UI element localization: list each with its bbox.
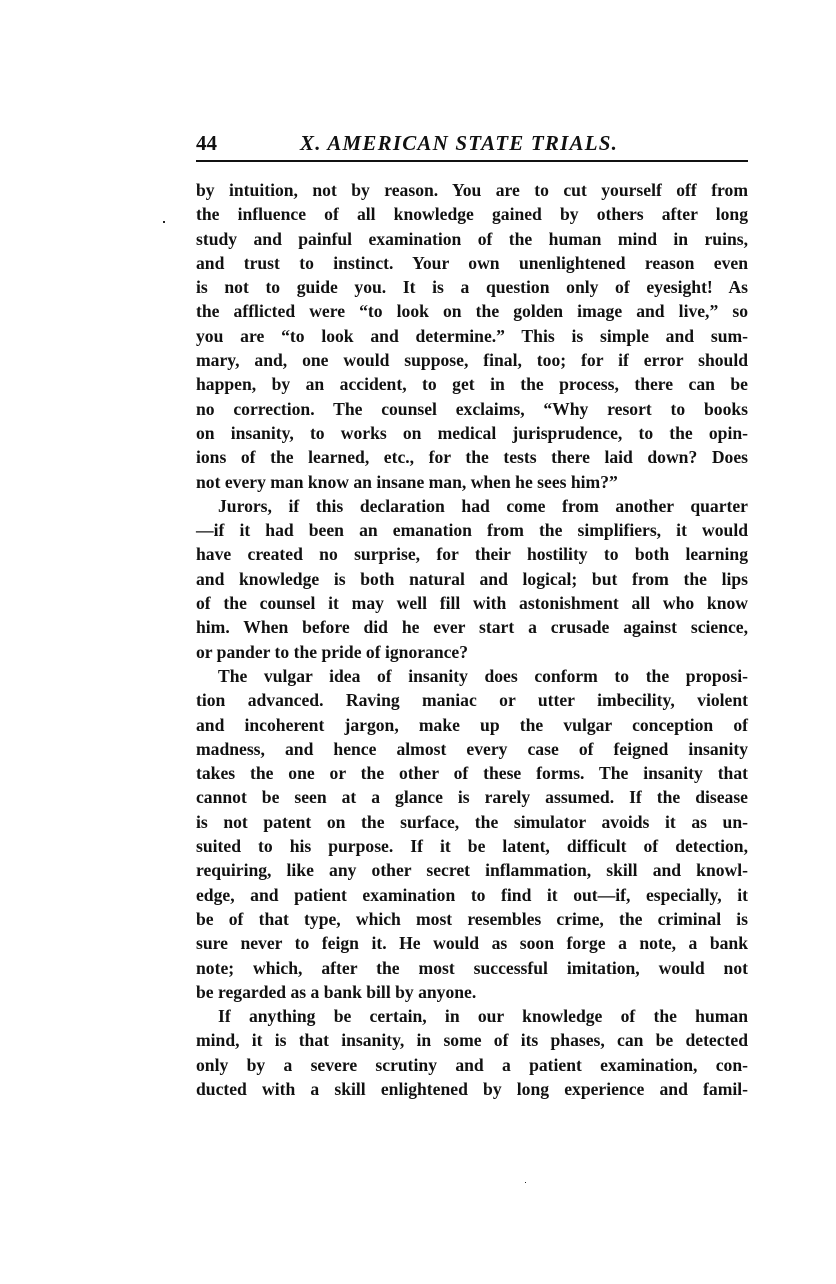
text-line: and trust to instinct. Your own unenligh… (196, 251, 748, 275)
running-title: X. AMERICAN STATE TRIALS. (300, 128, 618, 158)
text-line: and knowledge is both natural and logica… (196, 567, 748, 591)
text-line: sure never to feign it. He would as soon… (196, 931, 748, 955)
text-line: The vulgar idea of insanity does conform… (196, 664, 748, 688)
scan-speck (525, 1182, 526, 1183)
text-line: mind, it is that insanity, in some of it… (196, 1028, 748, 1052)
text-line: is not patent on the surface, the simula… (196, 810, 748, 834)
text-line: no correction. The counsel exclaims, “Wh… (196, 397, 748, 421)
text-line: the afflicted were “to look on the golde… (196, 299, 748, 323)
text-line: madness, and hence almost every case of … (196, 737, 748, 761)
scan-speck (163, 221, 165, 223)
text-line: happen, by an accident, to get in the pr… (196, 372, 748, 396)
header-rule (196, 160, 748, 162)
text-line: be of that type, which most resembles cr… (196, 907, 748, 931)
text-line: have created no surprise, for their host… (196, 542, 748, 566)
text-line: you are “to look and determine.” This is… (196, 324, 748, 348)
running-head: 44 X. AMERICAN STATE TRIALS. (196, 128, 748, 158)
text-line: If anything be certain, in our knowledge… (196, 1004, 748, 1028)
text-line: requiring, like any other secret inflamm… (196, 858, 748, 882)
text-line: suited to his purpose. If it be latent, … (196, 834, 748, 858)
text-line: study and painful examination of the hum… (196, 227, 748, 251)
book-page: 44 X. AMERICAN STATE TRIALS. by intuitio… (0, 0, 836, 1284)
text-line: takes the one or the other of these form… (196, 761, 748, 785)
text-line: ions of the learned, etc., for the tests… (196, 445, 748, 469)
text-line: edge, and patient examination to find it… (196, 883, 748, 907)
text-line: on insanity, to works on medical jurispr… (196, 421, 748, 445)
text-line: —if it had been an emanation from the si… (196, 518, 748, 542)
page-number: 44 (196, 128, 217, 158)
body-text: by intuition, not by reason. You are to … (196, 178, 748, 1101)
text-line: be regarded as a bank bill by anyone. (196, 980, 748, 1004)
text-line: and incoherent jargon, make up the vulga… (196, 713, 748, 737)
text-line: by intuition, not by reason. You are to … (196, 178, 748, 202)
text-line: ducted with a skill enlightened by long … (196, 1077, 748, 1101)
text-line: or pander to the pride of ignorance? (196, 640, 748, 664)
text-line: cannot be seen at a glance is rarely ass… (196, 785, 748, 809)
text-line: only by a severe scrutiny and a patient … (196, 1053, 748, 1077)
text-line: of the counsel it may well fill with ast… (196, 591, 748, 615)
text-line: him. When before did he ever start a cru… (196, 615, 748, 639)
text-line: mary, and, one would suppose, final, too… (196, 348, 748, 372)
text-line: Jurors, if this declaration had come fro… (196, 494, 748, 518)
text-line: the influence of all knowledge gained by… (196, 202, 748, 226)
text-line: is not to guide you. It is a question on… (196, 275, 748, 299)
text-line: not every man know an insane man, when h… (196, 470, 748, 494)
text-line: note; which, after the most successful i… (196, 956, 748, 980)
text-line: tion advanced. Raving maniac or utter im… (196, 688, 748, 712)
